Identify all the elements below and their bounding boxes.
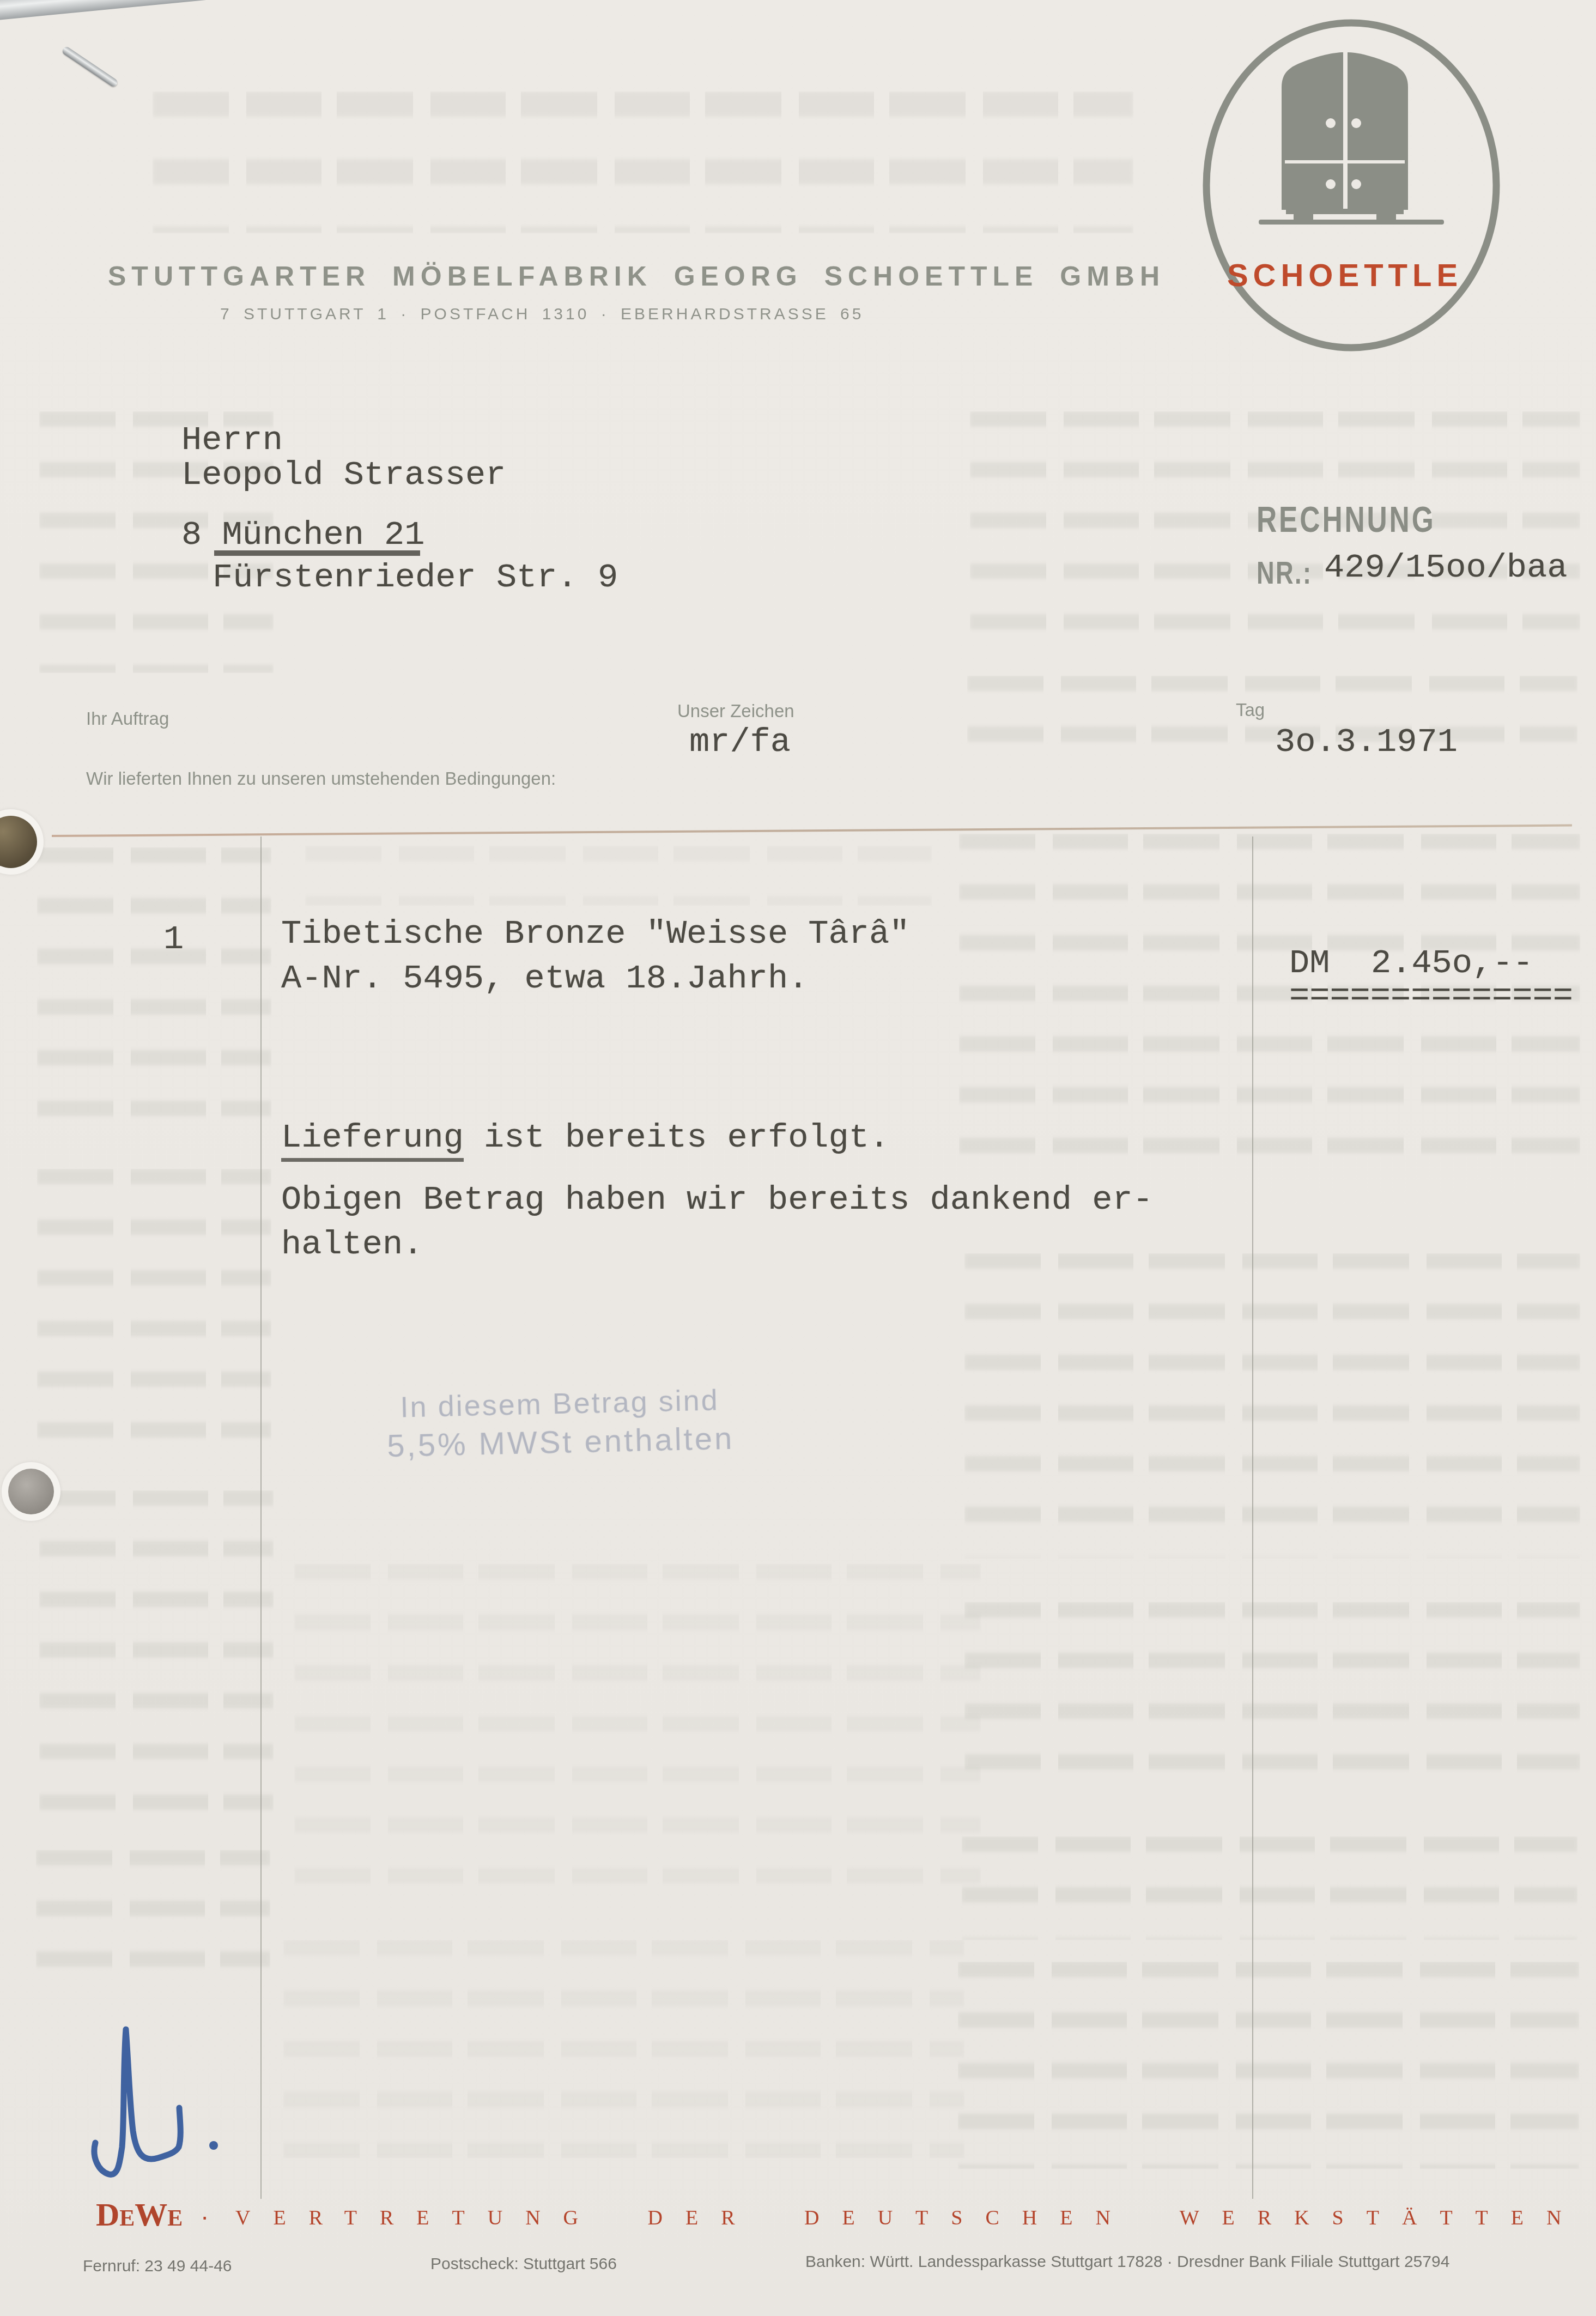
delivery-word-underlined: Lieferung [281,1118,464,1162]
paperclip-edge [0,0,213,21]
vat-stamp-line1: In diesem Betrag sind [336,1382,784,1426]
delivery-note-line: Lieferung ist bereits erfolgt. [281,1118,889,1157]
bleedthrough-text-ghost [36,1850,270,1997]
invoice-number-label: NR.: [1257,555,1312,591]
invoice-number-value: 429/15oo/baa [1324,548,1567,587]
order-field-label: Ihr Auftrag [86,708,169,729]
payment-note-line2: halten. [281,1225,423,1264]
bleedthrough-text-ghost [37,847,271,1147]
bleedthrough-text-ghost [958,1962,1579,2169]
footer-banks: Banken: Württ. Landessparkasse Stuttgart… [805,2253,1449,2271]
recipient-street: Fürstenrieder Str. 9 [213,558,618,597]
our-ref-value: mr/fa [689,723,791,761]
bleedthrough-text-ghost [37,1169,271,1469]
punch-hole [8,1469,54,1514]
company-address: 7 STUTTGART 1 · POSTFACH 1310 · EBERHARD… [220,305,864,324]
city-underline [214,550,420,556]
bleedthrough-text-ghost [39,1490,274,1834]
recipient-salutation: Herrn [181,421,283,459]
logo-brand-text: SCHOETTLE [1227,258,1463,293]
delivery-line-rest: ist bereits erfolgt. [464,1118,889,1157]
doc-type-label: RECHNUNG [1257,499,1436,540]
bleedthrough-text-ghost [305,846,932,906]
bleedthrough-text-ghost [967,676,1577,752]
footer-separator-dot: · [201,2202,209,2231]
wardrobe-icon [1259,52,1444,225]
company-name: STUTTGARTER MÖBELFABRIK GEORG SCHOETTLE … [108,260,1165,292]
bleedthrough-text-ghost [283,1940,964,2158]
bleedthrough-text-ghost [964,1253,1580,1559]
vat-stamp: In diesem Betrag sind 5,5% MWSt enthalte… [336,1382,785,1466]
recipient-name: Leopold Strasser [181,456,506,494]
bleedthrough-text-ghost [964,1602,1580,1804]
our-ref-field-label: Unser Zeichen [677,701,794,722]
footer-tagline: VERTRETUNG DER DEUTSCHEN WERKSTÄTTEN [235,2206,1584,2230]
bleedthrough-text-ghost [153,92,1133,233]
amount-total-rule: ============== [1289,977,1573,1015]
vat-stamp-line2: 5,5% MWSt enthalten [337,1419,784,1466]
bleedthrough-text-ghost [962,1836,1577,1940]
date-value: 3o.3.1971 [1275,723,1458,761]
item-quantity: 1 [163,920,184,959]
invoice-scan-document: STUTTGARTER MÖBELFABRIK GEORG SCHOETTLE … [0,0,1596,2316]
intro-line: Wir lieferten Ihnen zu unseren umstehend… [86,768,556,789]
item-description-line2: A-Nr. 5495, etwa 18.Jahrh. [281,959,808,998]
staple-pin [61,45,119,88]
item-description-line1: Tibetische Bronze "Weisse Târâ" [281,914,909,953]
bleedthrough-text-ghost [294,1564,981,1918]
payment-note-line1: Obigen Betrag haben wir bereits dankend … [281,1180,1153,1219]
footer-postal-account: Postscheck: Stuttgart 566 [430,2255,617,2273]
table-column-rule-right [1252,836,1253,2199]
footer-phone: Fernruf: 23 49 44-46 [83,2257,232,2276]
dewe-brand-mark: DeWe [96,2196,183,2234]
date-field-label: Tag [1236,700,1265,720]
schoettle-logo: SCHOETTLE [1188,14,1515,362]
recipient-city: 8 München 21 [181,516,424,554]
signature-scribble [65,1994,251,2202]
table-column-rule-left [260,836,262,2199]
